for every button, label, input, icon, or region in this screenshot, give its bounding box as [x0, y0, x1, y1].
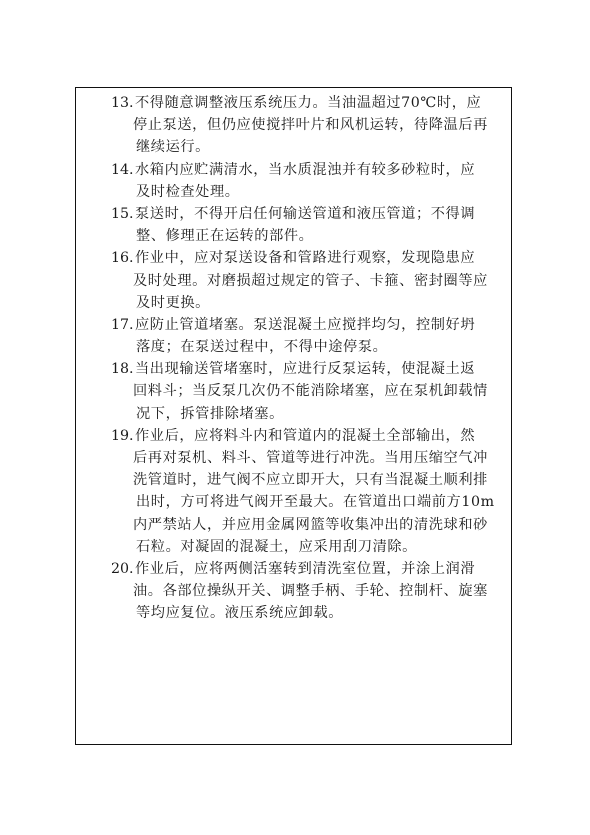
item-number: 15. — [111, 203, 135, 225]
item-number: 18. — [111, 358, 135, 380]
regulation-list: 13.不得随意调整液压系统压力。当油温超过70℃时，应 停止泵送，但仍应使搅拌叶… — [111, 92, 521, 625]
item-line: 停止泵送，但仍应使搅拌叶片和风机运转，待降温后再 — [111, 114, 521, 136]
item-line: 整、修理正在运转的部件。 — [111, 225, 521, 247]
list-item-19: 19.作业后，应将料斗内和管道内的混凝土全部输出，然 后再对泵机、料斗、管道等进… — [111, 425, 521, 558]
item-text: 作业后，应将料斗内和管道内的混凝土全部输出，然 — [135, 428, 475, 444]
item-line: 继续运行。 — [111, 136, 521, 158]
list-item-16: 16.作业中，应对泵送设备和管路进行观察，发现隐患应 及时处理。对磨损超过规定的… — [111, 247, 521, 314]
item-number: 20. — [111, 558, 135, 580]
list-item-13: 13.不得随意调整液压系统压力。当油温超过70℃时，应 停止泵送，但仍应使搅拌叶… — [111, 92, 521, 159]
item-number: 14. — [111, 159, 135, 181]
item-line: 油。各部位操纵开关、调整手柄、手轮、控制杆、旋塞 — [111, 580, 521, 602]
item-line: 13.不得随意调整液压系统压力。当油温超过70℃时，应 — [111, 92, 521, 114]
item-line: 18.当出现输送管堵塞时，应进行反泵运转，使混凝土返 — [111, 358, 521, 380]
item-line: 及时更换。 — [111, 292, 521, 314]
item-line: 等均应复位。液压系统应卸载。 — [111, 602, 521, 624]
item-text: 作业中，应对泵送设备和管路进行观察，发现隐患应 — [135, 250, 475, 266]
item-number: 13. — [111, 92, 135, 114]
item-text: 不得随意调整液压系统压力。当油温超过70℃时，应 — [135, 95, 481, 111]
list-item-14: 14.水箱内应贮满清水，当水质混浊并有较多砂粒时，应 及时检查处理。 — [111, 159, 521, 203]
item-line: 况下，拆管排除堵塞。 — [111, 403, 521, 425]
item-line: 17.应防止管道堵塞。泵送混凝土应搅拌均匀，控制好坍 — [111, 314, 521, 336]
item-line: 出时，方可将进气阀开至最大。在管道出口端前方10m — [111, 491, 521, 513]
item-line: 后再对泵机、料斗、管道等进行冲洗。当用压缩空气冲 — [111, 447, 521, 469]
item-number: 19. — [111, 425, 135, 447]
list-item-20: 20.作业后，应将两侧活塞转到清洗室位置，并涂上润滑 油。各部位操纵开关、调整手… — [111, 558, 521, 625]
item-line: 及时检查处理。 — [111, 181, 521, 203]
item-text: 应防止管道堵塞。泵送混凝土应搅拌均匀，控制好坍 — [135, 317, 475, 333]
item-line: 洗管道时，进气阀不应立即开大，只有当混凝土顺利排 — [111, 469, 521, 491]
item-number: 17. — [111, 314, 135, 336]
item-line: 石粒。对凝固的混凝土，应采用刮刀清除。 — [111, 536, 521, 558]
item-text: 泵送时，不得开启任何输送管道和液压管道；不得调 — [135, 206, 475, 222]
list-item-17: 17.应防止管道堵塞。泵送混凝土应搅拌均匀，控制好坍 落度；在泵送过程中，不得中… — [111, 314, 521, 358]
list-item-15: 15.泵送时，不得开启任何输送管道和液压管道；不得调 整、修理正在运转的部件。 — [111, 203, 521, 247]
item-number: 16. — [111, 247, 135, 269]
item-line: 19.作业后，应将料斗内和管道内的混凝土全部输出，然 — [111, 425, 521, 447]
item-text: 作业后，应将两侧活塞转到清洗室位置，并涂上润滑 — [135, 561, 475, 577]
item-line: 及时处理。对磨损超过规定的管子、卡箍、密封圈等应 — [111, 270, 521, 292]
item-line: 15.泵送时，不得开启任何输送管道和液压管道；不得调 — [111, 203, 521, 225]
item-line: 20.作业后，应将两侧活塞转到清洗室位置，并涂上润滑 — [111, 558, 521, 580]
item-line: 回料斗；当反泵几次仍不能消除堵塞，应在泵机卸载情 — [111, 380, 521, 402]
item-text: 当出现输送管堵塞时，应进行反泵运转，使混凝土返 — [135, 361, 475, 377]
list-item-18: 18.当出现输送管堵塞时，应进行反泵运转，使混凝土返 回料斗；当反泵几次仍不能消… — [111, 358, 521, 425]
item-line: 16.作业中，应对泵送设备和管路进行观察，发现隐患应 — [111, 247, 521, 269]
item-line: 14.水箱内应贮满清水，当水质混浊并有较多砂粒时，应 — [111, 159, 521, 181]
item-line: 内严禁站人，并应用金属网篮等收集冲出的清洗球和砂 — [111, 514, 521, 536]
item-text: 水箱内应贮满清水，当水质混浊并有较多砂粒时，应 — [135, 162, 475, 178]
item-line: 落度；在泵送过程中，不得中途停泵。 — [111, 336, 521, 358]
